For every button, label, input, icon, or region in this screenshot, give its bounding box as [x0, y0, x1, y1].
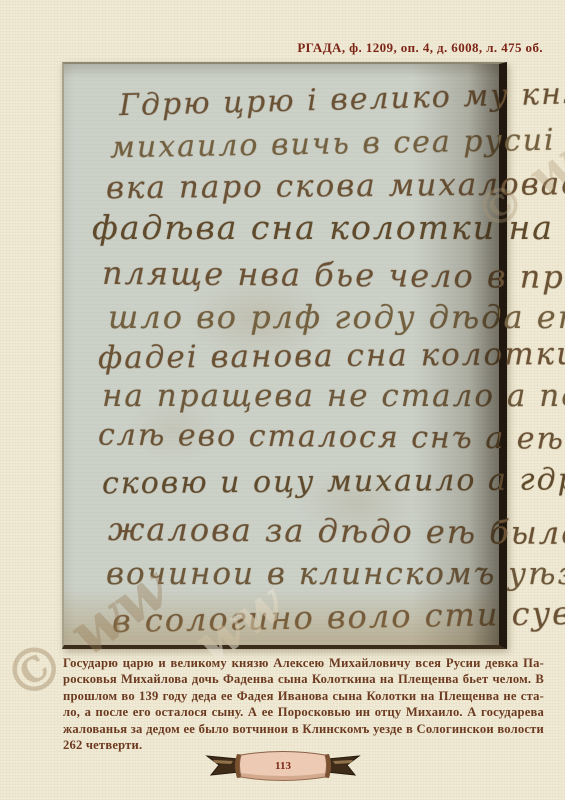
archive-reference: РГАДА, ф. 1209, оп. 4, д. 6008, л. 475 о…	[297, 40, 543, 56]
caption-line: ло, а после его осталося сыну. А ее Поро…	[63, 704, 544, 720]
handwriting-line: в сологино воло сти сув	[112, 594, 565, 640]
manuscript-photo: Гдрю црю і велико му кнзъ ба хсвъ михаил…	[62, 62, 507, 649]
handwriting-line: Гдрю црю і велико му кнзъ ба хсвъ	[119, 72, 565, 123]
handwriting-line: вочинои в клинскомъ уѣзде	[106, 556, 565, 592]
caption-line: прошлом во 139 году деда ее Фадея Иванов…	[63, 688, 544, 704]
handwriting-line: фадеі ванова сна колотки	[98, 336, 565, 376]
handwriting-line: фадѣва сна колотки на на	[92, 208, 565, 247]
caption-line: жалованья за дедом ее было вотчинои в Кл…	[63, 721, 544, 737]
page-number: 113	[275, 760, 291, 772]
caption-line: Государю царю и великому князю Алексею М…	[63, 655, 544, 671]
handwriting-line: вка паро скова михаловадо	[106, 166, 565, 206]
handwriting-line: шло во рлф году дѣда еѣ	[108, 298, 565, 336]
handwriting-line: на пращева не стало а по	[102, 378, 565, 414]
handwriting-line: жалова за дѣдо еѣ было	[108, 510, 565, 552]
handwriting-line: михаило вичь в сеа русиі дѣ	[110, 122, 565, 166]
handwriting-line: слѣ ево сталося снъ а еѣ паро	[98, 418, 565, 458]
book-page: РГАДА, ф. 1209, оп. 4, д. 6008, л. 475 о…	[0, 0, 565, 800]
caption-line: росковья Михайлова дочь Фаденва сына Кол…	[63, 671, 544, 687]
handwriting-line: пляще нва бье чело в про	[102, 254, 565, 296]
transcription-caption: Государю царю и великому князю Алексею М…	[63, 655, 544, 753]
handwriting-line: сковю и оцу михаило а гдрва	[102, 462, 565, 502]
ribbon-ornament: 113	[203, 744, 363, 788]
page-number-ribbon: 113	[203, 744, 363, 793]
